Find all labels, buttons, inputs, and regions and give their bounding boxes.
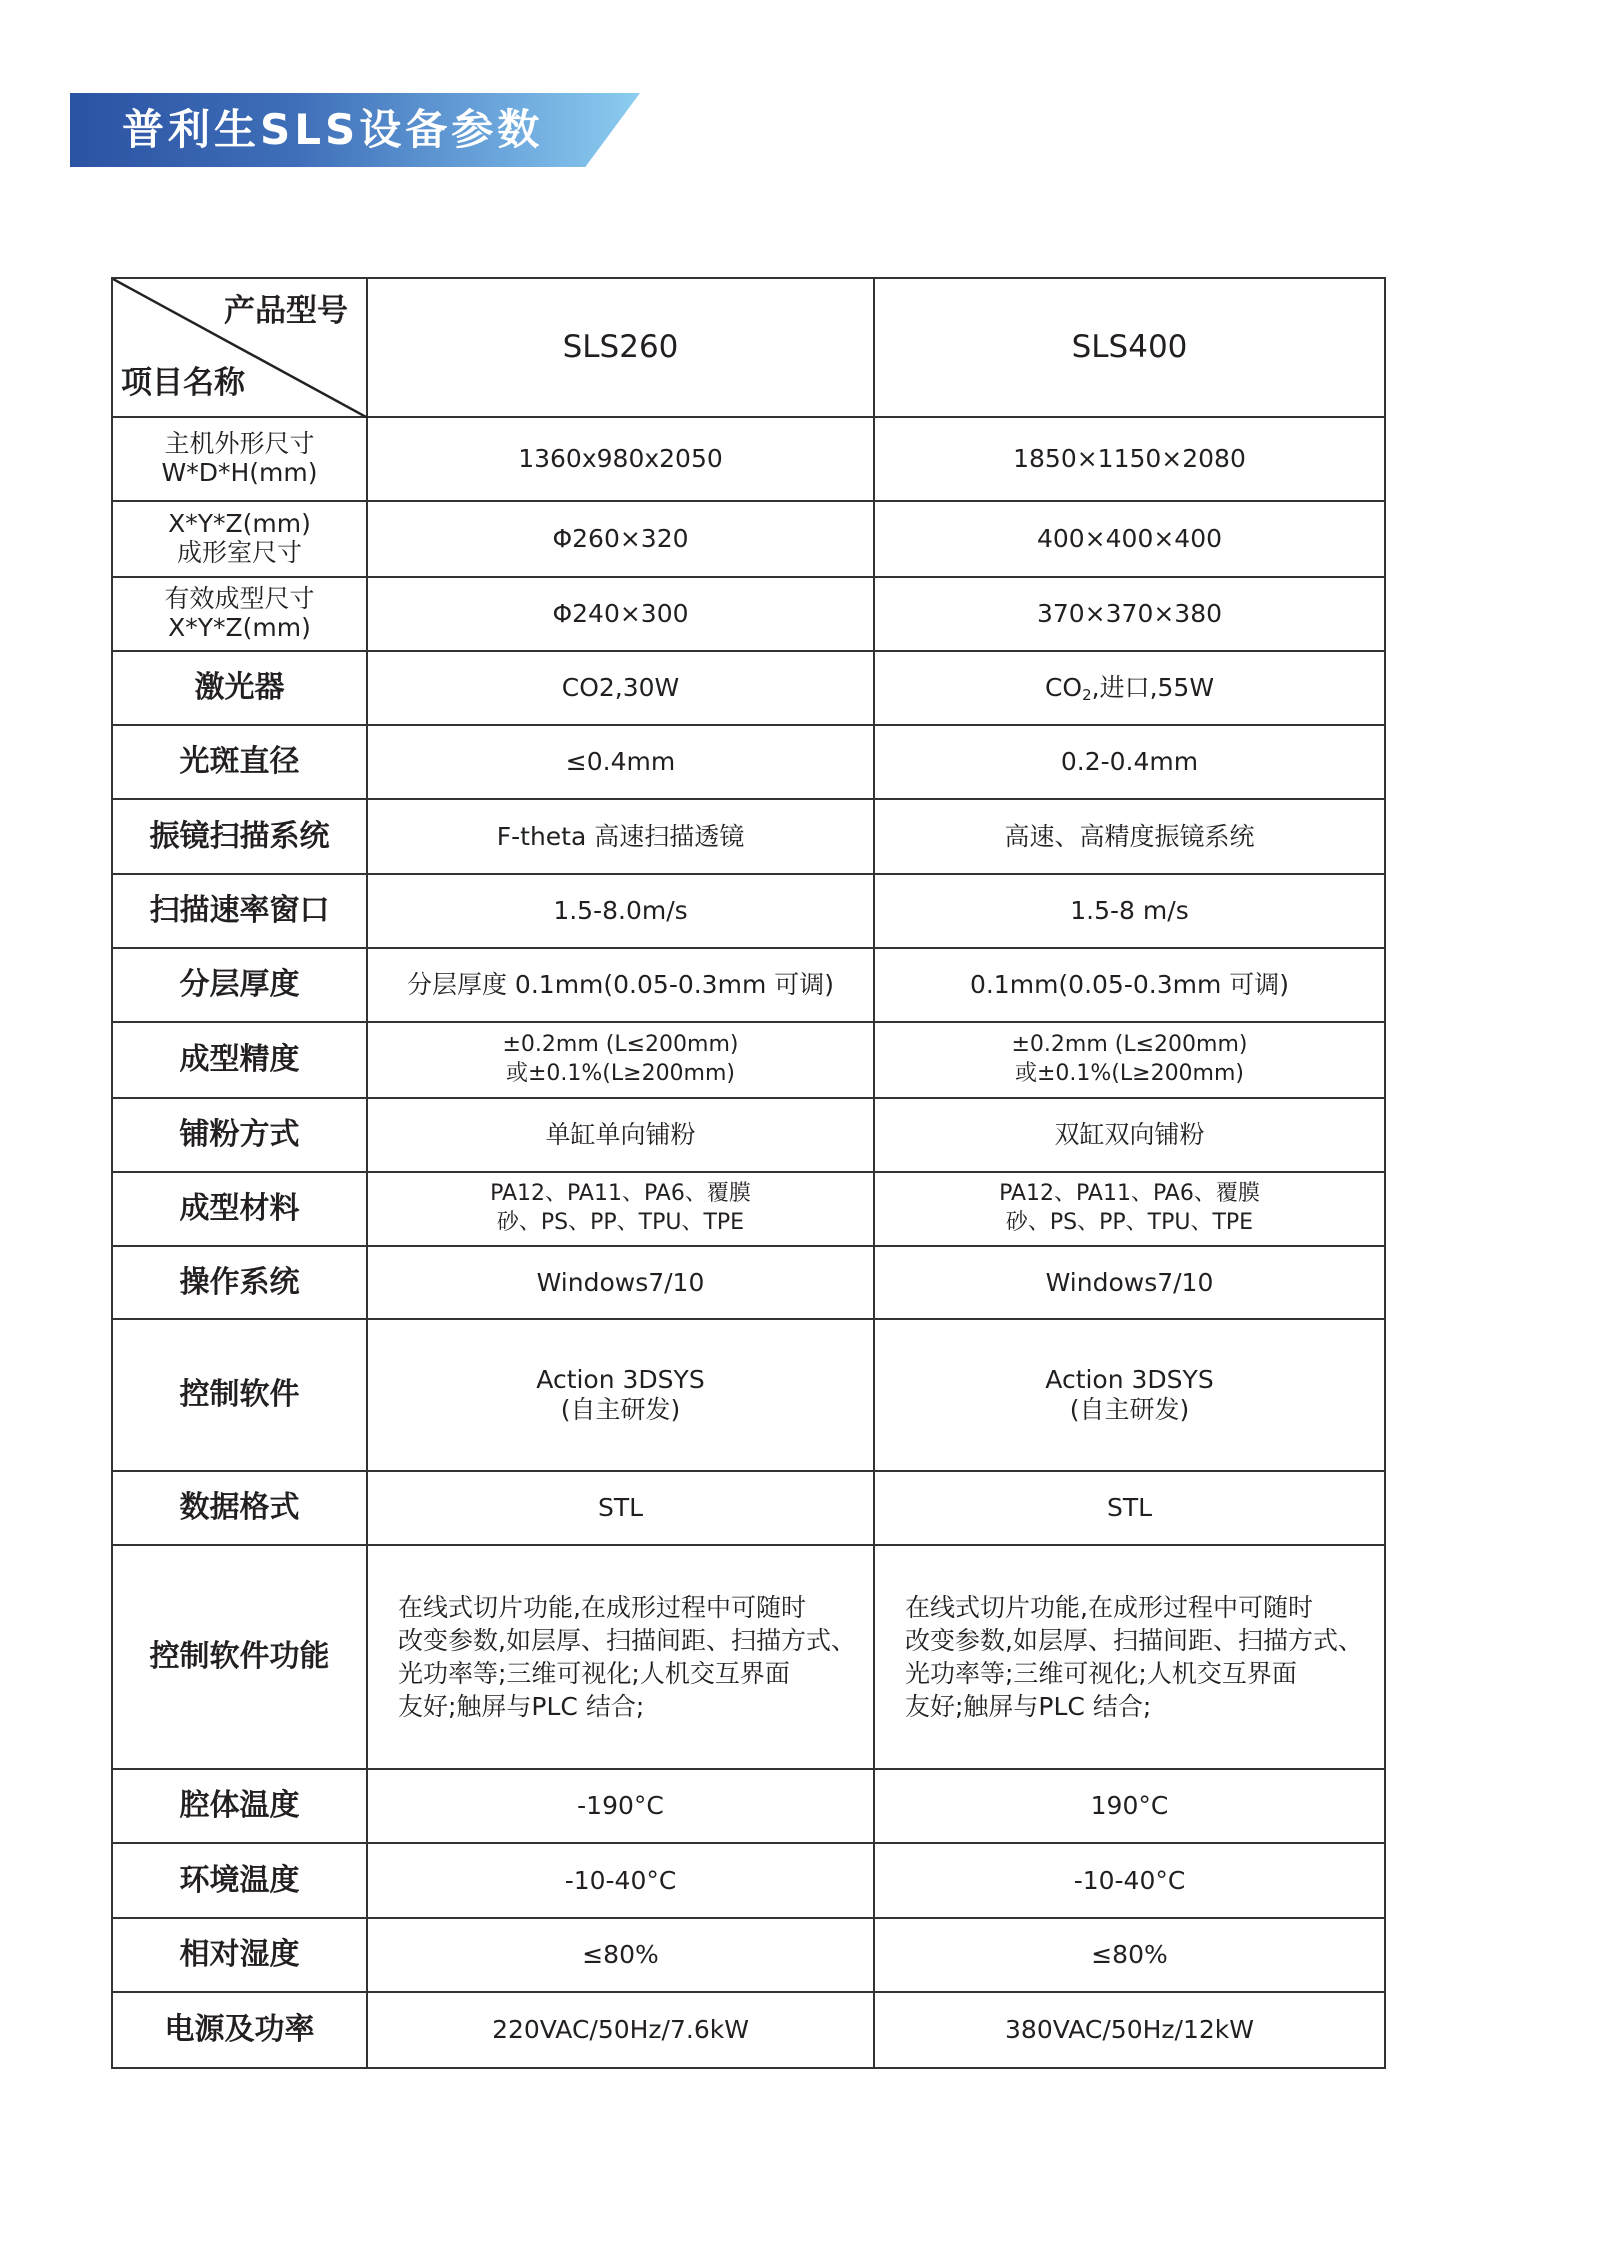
cell-sls260: -190°C bbox=[367, 1769, 874, 1843]
row-label: 有效成型尺寸X*Y*Z(mm) bbox=[112, 577, 367, 651]
model-header-sls260: SLS260 bbox=[367, 278, 874, 417]
table-row: 腔体温度 -190°C 190°C bbox=[112, 1769, 1385, 1843]
cell-sls260: Φ240×300 bbox=[367, 577, 874, 651]
header-row: 产品型号 项目名称 SLS260 SLS400 bbox=[112, 278, 1385, 417]
cell-sls260: F-theta 高速扫描透镜 bbox=[367, 799, 874, 874]
table-row: 有效成型尺寸X*Y*Z(mm) Φ240×300 370×370×380 bbox=[112, 577, 1385, 651]
cell-sls400: 380VAC/50Hz/12kW bbox=[874, 1992, 1385, 2068]
cell-sls400: 370×370×380 bbox=[874, 577, 1385, 651]
table-row: 相对湿度 ≤80% ≤80% bbox=[112, 1918, 1385, 1992]
table-row: 激光器 CO2,30W CO2,进口,55W bbox=[112, 651, 1385, 725]
row-label: 操作系统 bbox=[112, 1246, 367, 1319]
cell-sls260: 在线式切片功能,在成形过程中可随时改变参数,如层厚、扫描间距、扫描方式、光功率等… bbox=[367, 1545, 874, 1769]
table-row: 铺粉方式 单缸单向铺粉 双缸双向铺粉 bbox=[112, 1098, 1385, 1172]
cell-sls260: ≤80% bbox=[367, 1918, 874, 1992]
row-label: 主机外形尺寸W*D*H(mm) bbox=[112, 417, 367, 501]
table-row: 操作系统 Windows7/10 Windows7/10 bbox=[112, 1246, 1385, 1319]
row-label: 激光器 bbox=[112, 651, 367, 725]
cell-sls260: ±0.2mm (L≤200mm)或±0.1%(L≥200mm) bbox=[367, 1022, 874, 1098]
cell-sls260: CO2,30W bbox=[367, 651, 874, 725]
cell-sls400: CO2,进口,55W bbox=[874, 651, 1385, 725]
table-row: 电源及功率 220VAC/50Hz/7.6kW 380VAC/50Hz/12kW bbox=[112, 1992, 1385, 2068]
row-label: 成型精度 bbox=[112, 1022, 367, 1098]
cell-sls260: ≤0.4mm bbox=[367, 725, 874, 799]
table-row: 主机外形尺寸W*D*H(mm) 1360x980x2050 1850×1150×… bbox=[112, 417, 1385, 501]
cell-sls260: 分层厚度 0.1mm(0.05-0.3mm 可调) bbox=[367, 948, 874, 1022]
corner-label-item: 项目名称 bbox=[121, 365, 245, 402]
cell-sls260: Windows7/10 bbox=[367, 1246, 874, 1319]
row-label: 振镜扫描系统 bbox=[112, 799, 367, 874]
cell-sls400: ±0.2mm (L≤200mm)或±0.1%(L≥200mm) bbox=[874, 1022, 1385, 1098]
cell-sls400: 0.2-0.4mm bbox=[874, 725, 1385, 799]
cell-sls260: PA12、PA11、PA6、覆膜砂、PS、PP、TPU、TPE bbox=[367, 1172, 874, 1246]
row-label: 相对湿度 bbox=[112, 1918, 367, 1992]
cell-sls400: Action 3DSYS(自主研发) bbox=[874, 1319, 1385, 1471]
spec-table: 产品型号 项目名称 SLS260 SLS400 主机外形尺寸W*D*H(mm) … bbox=[111, 277, 1386, 2069]
cell-sls400: 190°C bbox=[874, 1769, 1385, 1843]
cell-sls400: 双缸双向铺粉 bbox=[874, 1098, 1385, 1172]
cell-sls400: 1.5-8 m/s bbox=[874, 874, 1385, 948]
table-row: 控制软件 Action 3DSYS(自主研发) Action 3DSYS(自主研… bbox=[112, 1319, 1385, 1471]
row-label: 腔体温度 bbox=[112, 1769, 367, 1843]
row-label: 环境温度 bbox=[112, 1843, 367, 1918]
section-banner: 普利生SLS设备参数 bbox=[70, 93, 640, 167]
cell-sls260: Action 3DSYS(自主研发) bbox=[367, 1319, 874, 1471]
corner-header: 产品型号 项目名称 bbox=[112, 278, 367, 417]
table-row: 光斑直径 ≤0.4mm 0.2-0.4mm bbox=[112, 725, 1385, 799]
row-label: 光斑直径 bbox=[112, 725, 367, 799]
cell-sls400: 0.1mm(0.05-0.3mm 可调) bbox=[874, 948, 1385, 1022]
cell-sls400: STL bbox=[874, 1471, 1385, 1545]
cell-sls400: 400×400×400 bbox=[874, 501, 1385, 577]
row-label: 数据格式 bbox=[112, 1471, 367, 1545]
row-label: 控制软件 bbox=[112, 1319, 367, 1471]
table-row: 成型材料 PA12、PA11、PA6、覆膜砂、PS、PP、TPU、TPE PA1… bbox=[112, 1172, 1385, 1246]
cell-sls260: 单缸单向铺粉 bbox=[367, 1098, 874, 1172]
cell-sls400: Windows7/10 bbox=[874, 1246, 1385, 1319]
cell-sls400: 在线式切片功能,在成形过程中可随时改变参数,如层厚、扫描间距、扫描方式、光功率等… bbox=[874, 1545, 1385, 1769]
row-label: 铺粉方式 bbox=[112, 1098, 367, 1172]
row-label: 控制软件功能 bbox=[112, 1545, 367, 1769]
banner-title: 普利生SLS设备参数 bbox=[122, 93, 543, 167]
table-row: 控制软件功能 在线式切片功能,在成形过程中可随时改变参数,如层厚、扫描间距、扫描… bbox=[112, 1545, 1385, 1769]
corner-label-model: 产品型号 bbox=[224, 293, 348, 330]
cell-sls400: 1850×1150×2080 bbox=[874, 417, 1385, 501]
row-label: X*Y*Z(mm)成形室尺寸 bbox=[112, 501, 367, 577]
cell-sls260: STL bbox=[367, 1471, 874, 1545]
table-row: 成型精度 ±0.2mm (L≤200mm)或±0.1%(L≥200mm) ±0.… bbox=[112, 1022, 1385, 1098]
table-row: 数据格式 STL STL bbox=[112, 1471, 1385, 1545]
table-row: 环境温度 -10-40°C -10-40°C bbox=[112, 1843, 1385, 1918]
row-label: 分层厚度 bbox=[112, 948, 367, 1022]
cell-sls260: 1.5-8.0m/s bbox=[367, 874, 874, 948]
table-row: 分层厚度 分层厚度 0.1mm(0.05-0.3mm 可调) 0.1mm(0.0… bbox=[112, 948, 1385, 1022]
cell-sls260: -10-40°C bbox=[367, 1843, 874, 1918]
table-row: X*Y*Z(mm)成形室尺寸 Φ260×320 400×400×400 bbox=[112, 501, 1385, 577]
cell-sls260: 220VAC/50Hz/7.6kW bbox=[367, 1992, 874, 2068]
table-row: 振镜扫描系统 F-theta 高速扫描透镜 高速、高精度振镜系统 bbox=[112, 799, 1385, 874]
row-label: 成型材料 bbox=[112, 1172, 367, 1246]
cell-sls400: PA12、PA11、PA6、覆膜砂、PS、PP、TPU、TPE bbox=[874, 1172, 1385, 1246]
cell-sls260: 1360x980x2050 bbox=[367, 417, 874, 501]
row-label: 电源及功率 bbox=[112, 1992, 367, 2068]
model-header-sls400: SLS400 bbox=[874, 278, 1385, 417]
table-row: 扫描速率窗口 1.5-8.0m/s 1.5-8 m/s bbox=[112, 874, 1385, 948]
cell-sls400: 高速、高精度振镜系统 bbox=[874, 799, 1385, 874]
cell-sls400: ≤80% bbox=[874, 1918, 1385, 1992]
cell-sls400: -10-40°C bbox=[874, 1843, 1385, 1918]
cell-sls260: Φ260×320 bbox=[367, 501, 874, 577]
row-label: 扫描速率窗口 bbox=[112, 874, 367, 948]
